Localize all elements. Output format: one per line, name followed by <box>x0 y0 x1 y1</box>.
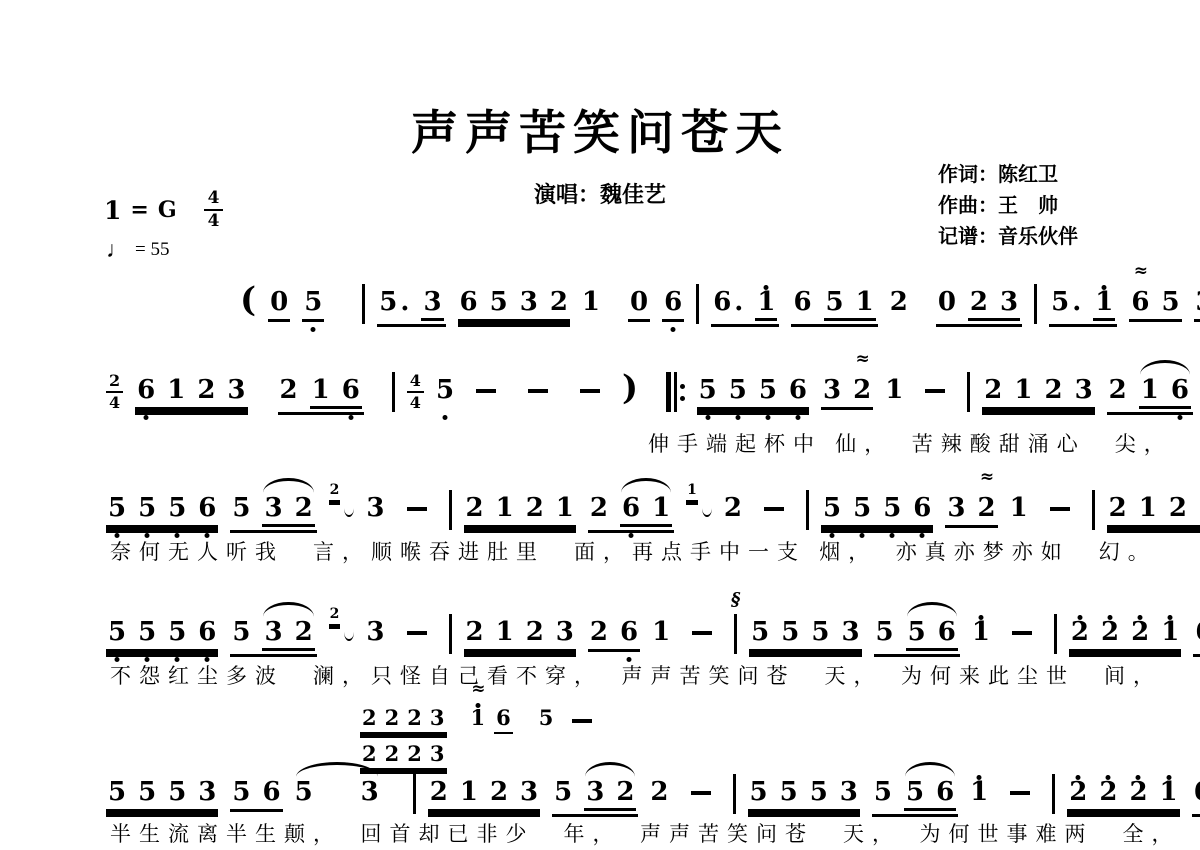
note-number: 2 <box>466 618 484 646</box>
note-number: 6 <box>938 618 956 646</box>
note-number: 2 <box>526 494 544 522</box>
barline <box>967 372 970 412</box>
note: 3 <box>264 618 282 646</box>
note-number: 5 <box>1161 288 1179 316</box>
slur: 32 <box>262 618 314 651</box>
barline <box>696 284 699 324</box>
note-number: 1 <box>1161 618 1179 646</box>
parenthesis: ) <box>622 372 638 404</box>
note: 1 <box>970 778 988 806</box>
note-number: 5 <box>108 494 126 522</box>
note: 3 <box>556 618 574 646</box>
note: 3 <box>947 494 965 522</box>
note-number: 2 <box>970 288 988 316</box>
note-number: 5 <box>295 778 313 806</box>
note-number: 1 <box>1139 494 1157 522</box>
note-number: 5 <box>138 618 156 646</box>
note: 1 <box>652 618 670 646</box>
note: 1 <box>556 494 574 522</box>
system-1: (055.365321066.165120235.16≈532≈1 <box>240 288 1200 327</box>
beam-group: 216 <box>1107 376 1193 415</box>
note-number: 6 <box>198 618 216 646</box>
note-number: 2 <box>724 494 742 522</box>
note-number: 1 <box>972 618 990 646</box>
beam-group: 16 <box>1139 376 1191 409</box>
beam-group: 2221 <box>1067 778 1179 812</box>
segno-icon: § <box>731 586 740 614</box>
note-number: 0 <box>630 288 648 316</box>
note: 5 <box>108 494 126 522</box>
note: 6 <box>198 618 216 646</box>
note-number: 6 <box>496 706 511 729</box>
note: 1 <box>1161 618 1179 646</box>
note-number: 2 <box>984 376 1002 404</box>
note-number: 5 <box>876 618 894 646</box>
note: 5. <box>1051 288 1081 316</box>
credit-lyricist: 作词：陈红卫 <box>938 160 1078 191</box>
note-number: 5 <box>108 618 126 646</box>
beam-group: 2123 <box>1107 494 1200 528</box>
note: 5 <box>168 618 186 646</box>
slur: 32 <box>584 778 636 811</box>
note: 1 <box>1010 494 1028 522</box>
beam-group: 2121 <box>464 494 576 528</box>
credit-transcriber: 记谱：音乐伙伴 <box>938 222 1078 253</box>
ossia-1: 22231≈65 <box>360 706 602 734</box>
note: 2 <box>526 494 544 522</box>
note-number: 2 <box>280 376 298 404</box>
beam-group: 556 <box>874 618 960 657</box>
note: 6 <box>342 376 360 404</box>
credits-block: 作词：陈红卫 作曲：王 帅 记谱：音乐伙伴 <box>938 160 1078 253</box>
note: 1 <box>460 778 478 806</box>
note: 0 <box>630 288 648 316</box>
note: 2 <box>1101 618 1119 646</box>
note: 3 <box>1196 288 1200 316</box>
high-octave-dot <box>978 615 983 620</box>
beam-group: 6 <box>494 706 513 734</box>
repeat-sign <box>666 372 685 412</box>
note: 6 <box>1195 618 1200 646</box>
note-number: 5 <box>379 288 397 316</box>
beam-group: 651 <box>791 288 877 327</box>
note-number: 1 <box>167 376 185 404</box>
note: 2 <box>1044 376 1062 404</box>
note-number: 5 <box>729 376 747 404</box>
beam-group: 6≈5 <box>1129 288 1181 322</box>
note: 2 <box>407 742 422 765</box>
note-number: 1 <box>471 706 486 729</box>
note-number: 3 <box>520 778 538 806</box>
note: 2 <box>466 494 484 522</box>
note: 2 <box>385 742 400 765</box>
beam-group: 5553 <box>749 618 861 652</box>
note: 2 <box>430 778 448 806</box>
note-number: 1 <box>757 288 775 316</box>
note: 3 <box>423 288 441 316</box>
note-number: 2 <box>430 778 448 806</box>
note-number: 0 <box>938 288 956 316</box>
meter-bottom: 4 <box>208 211 220 230</box>
note: 5 <box>876 618 894 646</box>
beam-group: 2123 <box>464 618 576 652</box>
note: 0 <box>938 288 956 316</box>
note: 2 <box>295 494 313 522</box>
low-octave-dot <box>765 415 770 420</box>
note-number: 2 <box>853 376 871 404</box>
note-number: 2 <box>295 494 313 522</box>
beam-group: 5553 <box>748 778 860 812</box>
note: 6 <box>137 376 155 404</box>
time-signature: 24 <box>106 373 123 411</box>
slur: 16 <box>1139 376 1191 409</box>
note-number: 2 <box>650 778 668 806</box>
note-number: 2 <box>295 618 313 646</box>
note: 3 <box>430 706 445 729</box>
time-signature: 44 <box>407 373 424 411</box>
barline <box>449 614 452 654</box>
note: 6 <box>496 706 511 729</box>
beam-group: 3 <box>421 288 443 321</box>
low-octave-dot <box>1177 415 1182 420</box>
note-number: 1 <box>970 778 988 806</box>
note-number: 5 <box>853 494 871 522</box>
note-number: 3 <box>1196 288 1200 316</box>
note-number: 5 <box>810 778 828 806</box>
beam-group: 532 <box>552 778 638 817</box>
note-number: 1 <box>856 288 874 316</box>
note: 5 <box>490 288 508 316</box>
note-number: 3 <box>423 288 441 316</box>
note: 3 <box>586 778 604 806</box>
beam-group: 216 <box>278 376 364 415</box>
note-number: 3 <box>840 778 858 806</box>
beam-group: 1 <box>686 483 698 502</box>
note-number: 3 <box>366 494 384 522</box>
high-octave-dot <box>1076 775 1081 780</box>
note: 1 <box>312 376 330 404</box>
note-number: 2 <box>407 742 422 765</box>
meter-fraction: 4 4 <box>204 190 224 230</box>
note-number: 3 <box>586 778 604 806</box>
note: 2 <box>197 376 215 404</box>
held-note-dash <box>1012 631 1032 635</box>
held-note-dash <box>1010 791 1030 795</box>
note: 6 <box>1194 778 1200 806</box>
page-title: 声声苦笑问苍天 <box>0 96 1200 163</box>
high-octave-dot <box>1077 615 1082 620</box>
note-number: 6 <box>460 288 478 316</box>
note: 3 <box>841 618 859 646</box>
note: 5 <box>729 376 747 404</box>
held-note-dash <box>691 791 711 795</box>
note-number: 2 <box>616 778 634 806</box>
low-octave-dot <box>735 415 740 420</box>
beam-group: 0 <box>628 288 650 322</box>
barline <box>413 774 416 814</box>
note-number: 6 <box>1171 376 1189 404</box>
note-number: 6 <box>664 288 682 316</box>
note-number: 2 <box>362 706 377 729</box>
low-octave-dot <box>442 415 447 420</box>
note-number: 3 <box>430 742 445 765</box>
note-number: 6 <box>936 778 954 806</box>
note-number: 2 <box>466 494 484 522</box>
note-number: 1 <box>652 494 670 522</box>
low-octave-dot <box>671 327 676 332</box>
note: 3 <box>366 618 384 646</box>
note: 1 <box>496 494 514 522</box>
held-note-dash <box>407 631 427 635</box>
note-number: 6 <box>198 494 216 522</box>
parenthesis: ( <box>240 284 256 316</box>
note: 1 <box>1014 376 1032 404</box>
note-number: 5 <box>490 288 508 316</box>
note-number: 6 <box>620 618 638 646</box>
tempo-marking: ♩ = 55 <box>106 238 169 261</box>
note: 6 <box>664 288 682 316</box>
note: 3 <box>823 376 841 404</box>
note-number: 5 <box>781 618 799 646</box>
lyric-line: 半生流离半生颠， 回首却已非少 年， 声声苦笑问苍 天， 为何世事难两 全， <box>110 818 1181 848</box>
note: 5 <box>138 778 156 806</box>
beam-group: 616 <box>1193 618 1200 657</box>
grace-tie-icon <box>344 632 354 641</box>
note-number: 6 <box>789 376 807 404</box>
note-number: 3 <box>366 618 384 646</box>
beam-group: 616 <box>1192 778 1200 817</box>
held-note-dash <box>1050 507 1070 511</box>
note: 5 <box>883 494 901 522</box>
note-number: 5 <box>826 288 844 316</box>
note: 2 <box>890 288 908 316</box>
note: 2 <box>330 607 340 622</box>
note: 1 <box>757 288 775 316</box>
high-octave-dot <box>1168 615 1173 620</box>
beam-group: 6532 <box>458 288 570 322</box>
note: 2 <box>1129 778 1147 806</box>
augmentation-dot: . <box>400 288 409 316</box>
note: 2 <box>1169 494 1187 522</box>
note-number: 5 <box>874 778 892 806</box>
note: 5 <box>750 778 768 806</box>
beam-group: 5553 <box>106 778 218 812</box>
beam-group: 6123 <box>135 376 247 410</box>
note-number: 5 <box>232 778 250 806</box>
note: 3 <box>1000 288 1018 316</box>
meter-top: 4 <box>204 190 224 211</box>
note: 6 <box>789 376 807 404</box>
note-number: 2 <box>890 288 908 316</box>
note-number: 3 <box>430 706 445 729</box>
note: 6 <box>262 778 280 806</box>
beam-group: 23 <box>968 288 1020 321</box>
note-number: 6 <box>1131 288 1149 316</box>
note-number: 1 <box>1095 288 1113 316</box>
note-number: 2 <box>1129 778 1147 806</box>
note: 2 <box>280 376 298 404</box>
high-octave-dot <box>764 285 769 290</box>
note-number: 5 <box>883 494 901 522</box>
held-note-dash <box>764 507 784 511</box>
note: 2 <box>362 706 377 729</box>
note-number: 3 <box>264 618 282 646</box>
beam-group: 2 <box>329 607 341 626</box>
note-number: 1 <box>556 494 574 522</box>
system-5: 55535653212353225553556122216165 <box>106 778 1200 817</box>
note: 2 <box>970 288 988 316</box>
low-octave-dot <box>795 415 800 420</box>
note-number: 1 <box>1141 376 1159 404</box>
note-number: 2 <box>1071 618 1089 646</box>
barline <box>392 372 395 412</box>
note-number: 2 <box>330 483 340 498</box>
high-octave-dot <box>1136 775 1141 780</box>
note: 1 <box>972 618 990 646</box>
note-number: 3 <box>198 778 216 806</box>
note: 5 <box>539 706 554 729</box>
slur: 56 <box>904 778 956 811</box>
note: 5 <box>874 778 892 806</box>
note: 5 <box>108 618 126 646</box>
note: 2 <box>1069 778 1087 806</box>
note: 6 <box>793 288 811 316</box>
note: 2≈ <box>853 376 871 404</box>
note-number: 5 <box>699 376 717 404</box>
note: 2 <box>1109 376 1127 404</box>
note-number: 2 <box>385 706 400 729</box>
note: 2 <box>466 618 484 646</box>
held-note-dash <box>925 389 945 393</box>
note-number: 3 <box>264 494 282 522</box>
high-octave-dot <box>977 775 982 780</box>
note-number: 3 <box>361 778 379 806</box>
note: 5 <box>699 376 717 404</box>
high-octave-dot <box>1106 775 1111 780</box>
beam-group: 32 <box>262 494 314 527</box>
beam-group: 26 <box>588 618 640 652</box>
note: 2≈ <box>977 494 995 522</box>
note: 2 <box>295 618 313 646</box>
note: 1 <box>496 618 514 646</box>
note-number: 1 <box>312 376 330 404</box>
note: 2 <box>385 706 400 729</box>
note-number: 5 <box>780 778 798 806</box>
note: 5 <box>138 618 156 646</box>
note-number: 5 <box>168 494 186 522</box>
note: 5 <box>554 778 572 806</box>
note-number: 2 <box>362 742 377 765</box>
note-number: 5 <box>811 618 829 646</box>
note: 6 <box>936 778 954 806</box>
note-number: 1 <box>582 288 600 316</box>
note-number: 2 <box>1099 778 1117 806</box>
note: 5 <box>780 778 798 806</box>
note-number: 1 <box>1010 494 1028 522</box>
slur: 53 <box>295 778 379 806</box>
system-3: 555653223212126112555632≈121232165 <box>106 494 1200 533</box>
note-number: 6 <box>713 288 731 316</box>
beam-group: 5 <box>302 288 324 322</box>
note-number: 3 <box>1075 376 1093 404</box>
held-note-dash <box>407 507 427 511</box>
beam-group: 532 <box>230 494 316 533</box>
beam-group: 2123 <box>428 778 540 812</box>
system-4: 5556532232123261§5553556122216165 <box>106 618 1200 657</box>
note: 2 <box>1131 618 1149 646</box>
note-number: 2 <box>1109 494 1127 522</box>
note-number: 5 <box>168 618 186 646</box>
held-note-dash <box>580 389 600 393</box>
note-number: 2 <box>197 376 215 404</box>
note-number: 5 <box>908 618 926 646</box>
note: 1 <box>885 376 903 404</box>
note-number: 3 <box>1000 288 1018 316</box>
beam-group: 32 <box>262 618 314 651</box>
beam-group: 023 <box>936 288 1022 327</box>
note-number: 5 <box>304 288 322 316</box>
note: 5 <box>168 778 186 806</box>
note-number: 5 <box>168 778 186 806</box>
note-number: 6 <box>262 778 280 806</box>
note: 3 <box>520 778 538 806</box>
note: 5. <box>379 288 409 316</box>
note-number: 3 <box>947 494 965 522</box>
note: 1 <box>856 288 874 316</box>
beam-group: 56 <box>906 618 958 651</box>
tempo-value: = 55 <box>135 239 169 261</box>
note-number: 2 <box>1169 494 1187 522</box>
note: 1 <box>167 376 185 404</box>
note-number: 2 <box>1131 618 1149 646</box>
note-number: 5 <box>1051 288 1069 316</box>
low-octave-dot <box>311 327 316 332</box>
note-number: 5 <box>232 618 250 646</box>
note: 5 <box>436 376 454 404</box>
beam-group: 5.1 <box>1049 288 1117 327</box>
lyric-line: 奈何无人听我 言，顺喉吞进肚里 面，再点手中一支 烟， 亦真亦梦亦如 幻。 <box>110 536 1157 566</box>
note-number: 5 <box>138 778 156 806</box>
note: 5 <box>304 288 322 316</box>
note: 6 <box>620 618 638 646</box>
note: 2 <box>1109 494 1127 522</box>
note: 6 <box>460 288 478 316</box>
beam-group: 16 <box>310 376 362 409</box>
note-number: 2 <box>1109 376 1127 404</box>
note: 6 <box>622 494 640 522</box>
note: 1 <box>582 288 600 316</box>
note: 5 <box>810 778 828 806</box>
note-number: 5 <box>906 778 924 806</box>
note-number: 2 <box>1101 618 1119 646</box>
note-number: 5 <box>554 778 572 806</box>
note-number: 3 <box>520 288 538 316</box>
note: 5 <box>108 778 126 806</box>
note-number: 3 <box>227 376 245 404</box>
beam-group: 51 <box>824 288 876 321</box>
note-number: 6 <box>622 494 640 522</box>
note-number: 2 <box>550 288 568 316</box>
barline <box>1052 774 1055 814</box>
note: 5 <box>168 494 186 522</box>
note: 5 <box>781 618 799 646</box>
beam-group: 61 <box>620 494 672 527</box>
beam-group: 2221 <box>1069 618 1181 652</box>
note-number: 1 <box>496 618 514 646</box>
system-2: 246123216445)555632≈121232165 <box>106 376 1200 415</box>
note-number: 5 <box>232 494 250 522</box>
note: 5 <box>908 618 926 646</box>
